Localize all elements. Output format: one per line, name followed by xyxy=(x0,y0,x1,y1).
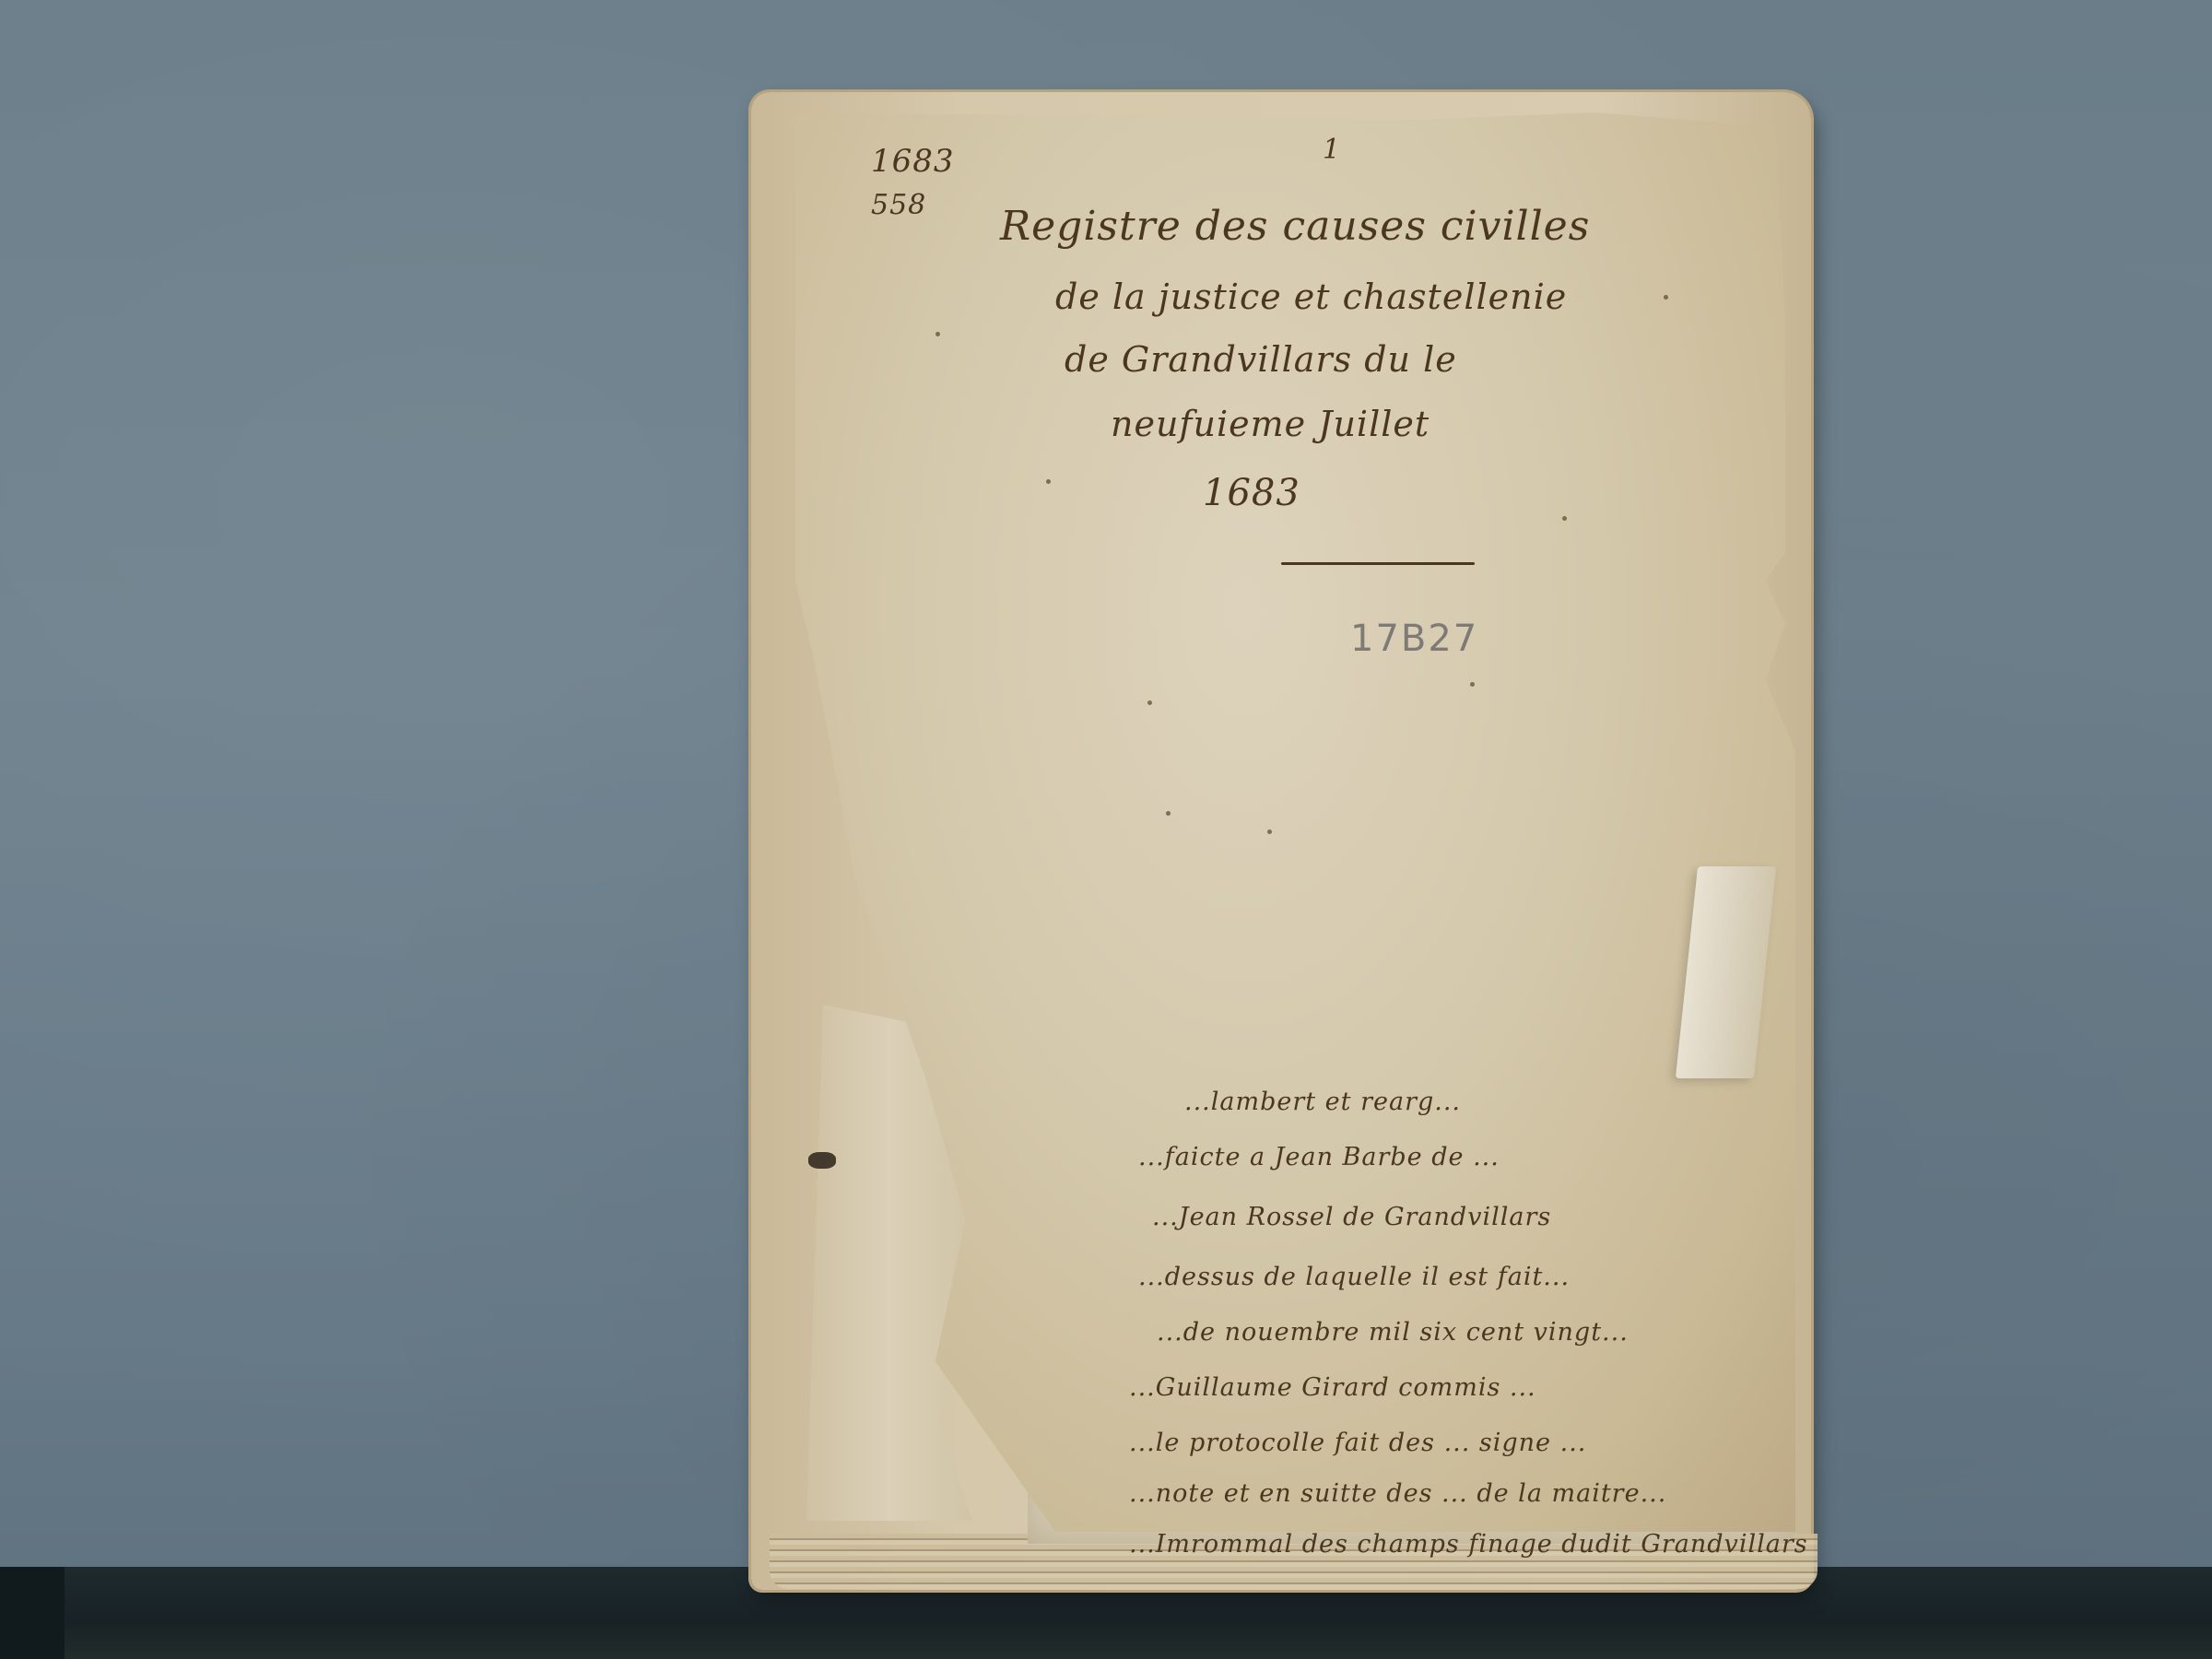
folio-number: 1 xyxy=(1323,134,1341,166)
title-year: 1683 xyxy=(1203,472,1300,514)
foxing-spot xyxy=(1470,682,1475,687)
foxing-spot xyxy=(935,332,940,336)
body-line: ...Jean Rossel de Grandvillars xyxy=(1152,1203,1551,1231)
body-line: ...lambert et rearg... xyxy=(1184,1088,1461,1116)
title-line-3: de Grandvillars du le xyxy=(1065,339,1457,380)
body-line: ...Guillaume Girard commis ... xyxy=(1129,1373,1536,1402)
title-line-2: de la justice et chastellenie xyxy=(1055,276,1567,317)
title-underline xyxy=(1281,562,1475,565)
body-line: ...Imrommal des champs finage dudit Gran… xyxy=(1129,1530,1808,1559)
margin-number: 558 xyxy=(871,189,926,221)
body-line: ...dessus de laquelle il est fait... xyxy=(1138,1263,1570,1291)
shelf-corner xyxy=(0,1567,65,1659)
margin-year: 1683 xyxy=(871,143,955,180)
foxing-spot xyxy=(1046,479,1051,484)
manuscript-register: 1683 558 1 Registre des causes civilles … xyxy=(751,92,1825,1594)
body-line: ...le protocolle fait des ... signe ... xyxy=(1129,1429,1586,1457)
foxing-spot xyxy=(1267,829,1272,834)
body-line: ...faicte a Jean Barbe de ... xyxy=(1138,1143,1500,1171)
ink-blot xyxy=(808,1152,836,1169)
foxing-spot xyxy=(1147,700,1152,705)
foxing-spot xyxy=(1166,811,1171,816)
archive-shelfmark: 17B27 xyxy=(1350,618,1478,660)
body-line: ...note et en suitte des ... de la maitr… xyxy=(1129,1479,1666,1508)
title-line-4: neufuieme Juillet xyxy=(1111,404,1430,444)
body-line: ...de nouembre mil six cent vingt... xyxy=(1157,1318,1629,1347)
title-line-1: Registre des causes civilles xyxy=(1000,203,1590,250)
foxing-spot xyxy=(1562,516,1567,521)
foxing-spot xyxy=(1664,295,1668,300)
